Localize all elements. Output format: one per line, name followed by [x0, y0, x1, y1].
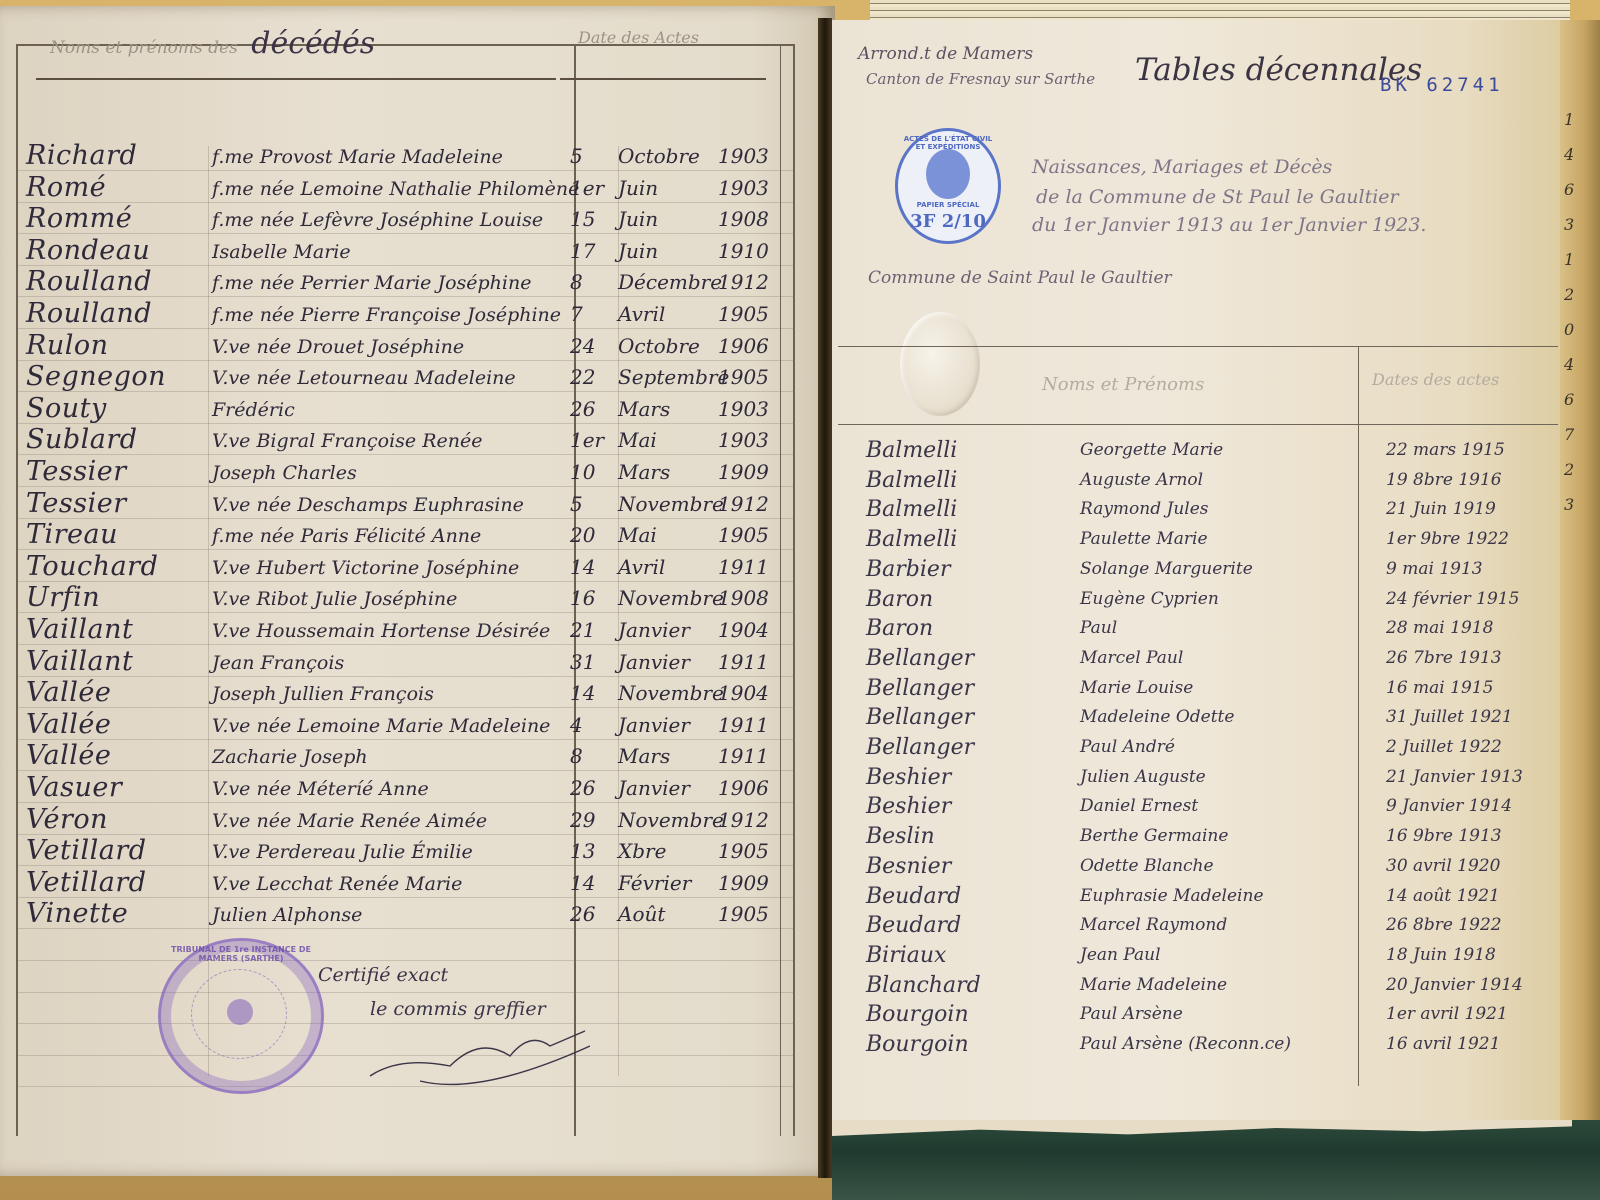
fiscal-stamp-price: 3F 2/10: [898, 211, 998, 232]
entry-date: 14 août 1921: [1386, 886, 1500, 906]
entry-surname: Segnegon: [26, 361, 166, 392]
table-row: BourgoinPaul Arsène (Reconn.ce)16 avril …: [0, 1032, 1560, 1061]
table-row: BellangerMarie Louise16 mai 1915: [0, 676, 1560, 705]
header-date-column: Date des Actes: [578, 28, 699, 47]
page-edges-top: [870, 0, 1570, 22]
entry-given-names: Paul Arsène (Reconn.ce): [1080, 1034, 1291, 1054]
entry-given-names: Odette Blanche: [1080, 856, 1214, 876]
table-header-rule: [838, 424, 1558, 425]
entry-surname: Rondeau: [26, 235, 150, 266]
entry-given-names: Raymond Jules: [1080, 499, 1209, 519]
edge-tab-number: 6: [1564, 180, 1574, 199]
entry-day: 8: [570, 270, 583, 294]
entry-day: 22: [570, 365, 595, 389]
entry-month: Juin: [618, 207, 658, 231]
entry-day: 17: [570, 239, 595, 263]
entry-given-names: V.ve née Drouet Joséphine: [212, 336, 464, 358]
edge-tab-number: 0: [1564, 320, 1574, 339]
table-row: BlanchardMarie Madeleine20 Janvier 1914: [0, 973, 1560, 1002]
entry-given-names: Paulette Marie: [1080, 529, 1208, 549]
entry-given-names: Marie Louise: [1080, 678, 1193, 698]
edge-tab-number: 2: [1564, 285, 1574, 304]
entry-given-names: Marcel Raymond: [1080, 915, 1227, 935]
edge-tab-number: 7: [1564, 425, 1574, 444]
edge-tab-number: 4: [1564, 355, 1574, 374]
canton-label: Canton de Fresnay sur Sarthe: [866, 70, 1095, 88]
entry-date: 26 8bre 1922: [1386, 915, 1502, 935]
entry-given-names: Paul Arsène: [1080, 1004, 1183, 1024]
torn-paper-edge: [832, 1120, 1572, 1136]
table-row: BarbierSolange Marguerite9 mai 1913: [0, 557, 1560, 586]
entry-year: 1908: [718, 207, 769, 231]
entry-surname: Blanchard: [866, 973, 981, 998]
table-row: BalmelliRaymond Jules21 Juin 1919: [0, 497, 1560, 526]
names-column-header: Noms et Prénoms: [1042, 374, 1204, 395]
entry-day: 7: [570, 302, 583, 326]
entry-given-names: f.me née Lefèvre Joséphine Louise: [212, 209, 543, 231]
subtitle-line-2: de la Commune de St Paul le Gaultier: [1036, 186, 1399, 208]
entry-given-names: V.ve née Letourneau Madeleine: [212, 367, 516, 389]
entry-date: 1er 9bre 1922: [1386, 529, 1509, 549]
table-row: BellangerMarcel Paul26 7bre 1913: [0, 646, 1560, 675]
entry-given-names: Daniel Ernest: [1080, 796, 1198, 816]
entry-given-names: Eugène Cyprien: [1080, 589, 1219, 609]
table-row: Romméf.me née Lefèvre Joséphine Louise15…: [0, 203, 800, 234]
entry-day: 5: [570, 144, 583, 168]
entry-surname: Bellanger: [866, 646, 974, 671]
table-row: BeshierJulien Auguste21 Janvier 1913: [0, 765, 1560, 794]
entry-surname: Rommé: [26, 203, 132, 234]
archive-code: BK 62741: [1380, 74, 1504, 96]
entry-surname: Romé: [26, 172, 106, 203]
entry-given-names: Jean Paul: [1080, 945, 1161, 965]
header-title-main: décédés: [251, 26, 375, 61]
entry-year: 1903: [718, 397, 769, 421]
entry-day: 24: [570, 334, 595, 358]
commune-label: Commune de Saint Paul le Gaultier: [868, 268, 1172, 288]
entry-month: Décembre: [618, 270, 722, 294]
entry-month: Octobre: [618, 334, 700, 358]
book-cover-bottom: [832, 1120, 1600, 1200]
table-row: BalmelliGeorgette Marie22 mars 1915: [0, 438, 1560, 467]
table-row: BellangerMadeleine Odette31 Juillet 1921: [0, 705, 1560, 734]
entry-given-names: Isabelle Marie: [212, 241, 351, 263]
table-row: BaronPaul28 mai 1918: [0, 616, 1560, 645]
entry-given-names: Berthe Germaine: [1080, 826, 1228, 846]
entry-given-names: Paul: [1080, 618, 1117, 638]
entry-date: 1er avril 1921: [1386, 1004, 1508, 1024]
entry-surname: Beudard: [866, 884, 961, 909]
entry-given-names: f.me Provost Marie Madeleine: [212, 146, 503, 168]
header-rule: [36, 78, 556, 80]
entry-month: Mars: [618, 397, 670, 421]
header-rule: [560, 78, 766, 80]
entry-date: 9 mai 1913: [1386, 559, 1483, 579]
entry-given-names: Madeleine Odette: [1080, 707, 1234, 727]
entry-surname: Bourgoin: [866, 1002, 969, 1027]
entry-surname: Roulland: [26, 298, 152, 329]
table-row: Richardf.me Provost Marie Madeleine5Octo…: [0, 140, 800, 171]
entry-date: 16 mai 1915: [1386, 678, 1493, 698]
entry-year: 1905: [718, 302, 769, 326]
arrondissement-label: Arrond.t de Mamers: [858, 44, 1033, 64]
entry-day: 1er: [570, 176, 604, 200]
edge-tab-number: 6: [1564, 390, 1574, 409]
entry-month: Septembre: [618, 365, 729, 389]
index-tab-edge: 146312046723: [1560, 20, 1600, 1140]
table-row: SegnegonV.ve née Letourneau Madeleine22S…: [0, 361, 800, 392]
entry-surname: Beshier: [866, 794, 951, 819]
entry-surname: Bellanger: [866, 676, 974, 701]
table-row: BesnierOdette Blanche30 avril 1920: [0, 854, 1560, 883]
entry-given-names: Paul André: [1080, 737, 1175, 757]
entry-year: 1906: [718, 334, 769, 358]
dates-column-header: Dates des actes: [1372, 370, 1499, 389]
entry-given-names: Auguste Arnol: [1080, 470, 1203, 490]
edge-tab-number: 3: [1564, 215, 1574, 234]
marianne-head-icon: [926, 149, 970, 199]
table-row: Roullandf.me née Pierre Françoise Joséph…: [0, 298, 800, 329]
entry-given-names: Marcel Paul: [1080, 648, 1183, 668]
entry-surname: Beudard: [866, 913, 961, 938]
entry-date: 31 Juillet 1921: [1386, 707, 1513, 727]
entry-surname: Baron: [866, 587, 933, 612]
entry-given-names: Frédéric: [212, 399, 295, 421]
entry-date: 28 mai 1918: [1386, 618, 1493, 638]
fiscal-stamp: ACTES DE L'ÉTAT CIVIL ET EXPÉDITIONS PAP…: [895, 128, 1001, 244]
table-top-rule: [838, 346, 1558, 347]
entry-date: 18 Juin 1918: [1386, 945, 1496, 965]
entry-date: 21 Janvier 1913: [1386, 767, 1523, 787]
entry-month: Juin: [618, 239, 658, 263]
entry-given-names: f.me née Perrier Marie Joséphine: [212, 272, 531, 294]
entry-given-names: f.me née Pierre Françoise Joséphine: [212, 304, 561, 326]
entry-month: Octobre: [618, 144, 700, 168]
table-row: BeudardMarcel Raymond26 8bre 1922: [0, 913, 1560, 942]
entry-surname: Balmelli: [866, 438, 957, 463]
table-row: BalmelliAuguste Arnol19 8bre 1916: [0, 468, 1560, 497]
entry-day: 15: [570, 207, 595, 231]
entry-date: 22 mars 1915: [1386, 440, 1505, 460]
entry-surname: Biriaux: [866, 943, 946, 968]
table-row: SoutyFrédéric26Mars1903: [0, 393, 800, 424]
table-row: RondeauIsabelle Marie17Juin1910: [0, 235, 800, 266]
entry-date: 16 9bre 1913: [1386, 826, 1502, 846]
entry-year: 1903: [718, 176, 769, 200]
entry-given-names: Georgette Marie: [1080, 440, 1223, 460]
entry-month: Juin: [618, 176, 658, 200]
entry-date: 30 avril 1920: [1386, 856, 1500, 876]
table-row: BeshierDaniel Ernest9 Janvier 1914: [0, 794, 1560, 823]
edge-tab-number: 1: [1564, 250, 1574, 269]
entry-date: 2 Juillet 1922: [1386, 737, 1502, 757]
entry-surname: Bellanger: [866, 705, 974, 730]
entry-year: 1903: [718, 144, 769, 168]
fiscal-stamp-paper: PAPIER SPÉCIAL: [898, 201, 998, 209]
table-row: BalmelliPaulette Marie1er 9bre 1922: [0, 527, 1560, 556]
entry-date: 26 7bre 1913: [1386, 648, 1502, 668]
entry-surname: Balmelli: [866, 497, 957, 522]
entry-given-names: Solange Marguerite: [1080, 559, 1253, 579]
table-row: BaronEugène Cyprien24 février 1915: [0, 587, 1560, 616]
entry-given-names: Euphrasie Madeleine: [1080, 886, 1264, 906]
entry-surname: Beshier: [866, 765, 951, 790]
entry-surname: Barbier: [866, 557, 950, 582]
entry-surname: Baron: [866, 616, 933, 641]
entry-date: 20 Janvier 1914: [1386, 975, 1523, 995]
table-row: Roullandf.me née Perrier Marie Joséphine…: [0, 266, 800, 297]
entry-year: 1912: [718, 270, 769, 294]
entry-given-names: f.me née Lemoine Nathalie Philomène: [212, 178, 579, 200]
entry-date: 24 février 1915: [1386, 589, 1519, 609]
table-row: BellangerPaul André2 Juillet 1922: [0, 735, 1560, 764]
entry-month: Avril: [618, 302, 665, 326]
entry-day: 26: [570, 397, 595, 421]
table-row: BeudardEuphrasie Madeleine14 août 1921: [0, 884, 1560, 913]
header-title-prefix: Noms et prénoms des: [50, 38, 238, 58]
entry-date: 16 avril 1921: [1386, 1034, 1500, 1054]
edge-tab-number: 1: [1564, 110, 1574, 129]
entry-surname: Balmelli: [866, 527, 957, 552]
entry-surname: Richard: [26, 140, 137, 171]
entry-surname: Beslin: [866, 824, 935, 849]
embossed-seal-icon: [900, 312, 980, 416]
left-header-title: Noms et prénoms des décédés: [50, 26, 375, 61]
edge-tab-number: 2: [1564, 460, 1574, 479]
entry-date: 19 8bre 1916: [1386, 470, 1502, 490]
entry-surname: Roulland: [26, 266, 152, 297]
entry-surname: Besnier: [866, 854, 951, 879]
subtitle-line-1: Naissances, Mariages et Décès: [1032, 156, 1332, 178]
entry-year: 1905: [718, 365, 769, 389]
table-row: BiriauxJean Paul18 Juin 1918: [0, 943, 1560, 972]
entry-given-names: Marie Madeleine: [1080, 975, 1227, 995]
table-row: BourgoinPaul Arsène1er avril 1921: [0, 1002, 1560, 1031]
entry-year: 1910: [718, 239, 769, 263]
entry-surname: Souty: [26, 393, 107, 424]
entry-surname: Bellanger: [866, 735, 974, 760]
table-row: RulonV.ve née Drouet Joséphine24Octobre1…: [0, 330, 800, 361]
entry-date: 9 Janvier 1914: [1386, 796, 1512, 816]
table-row: BeslinBerthe Germaine16 9bre 1913: [0, 824, 1560, 853]
entry-surname: Bourgoin: [866, 1032, 969, 1057]
entry-surname: Rulon: [26, 330, 109, 361]
subtitle-line-3: du 1er Janvier 1913 au 1er Janvier 1923.: [1032, 214, 1426, 236]
edge-tab-number: 4: [1564, 145, 1574, 164]
entry-date: 21 Juin 1919: [1386, 499, 1496, 519]
entry-surname: Balmelli: [866, 468, 957, 493]
table-row: Roméf.me née Lemoine Nathalie Philomène1…: [0, 172, 800, 203]
entry-given-names: Julien Auguste: [1080, 767, 1206, 787]
edge-tab-number: 3: [1564, 495, 1574, 514]
